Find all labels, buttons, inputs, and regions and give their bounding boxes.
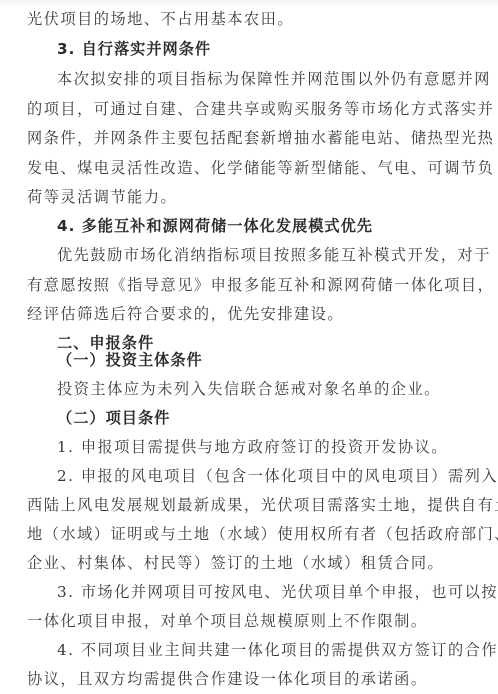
body-line: 企业、村集体、村民等）签订的土地（水域）租赁合同。 <box>27 553 478 573</box>
body-line: 发电、煤电灵活性改造、化学储能等新型储能、气电、可调节负 <box>27 158 478 178</box>
body-line: 4. 不同项目业主间共建一体化项目的需提供双方签订的合作 <box>57 640 478 660</box>
body-line: 光伏项目的场地、不占用基本农田。 <box>27 9 478 29</box>
body-line: 荷等灵活调节能力。 <box>27 187 478 207</box>
body-line: 3. 市场化并网项目可按风电、光伏项目单个申报，也可以按 <box>57 582 478 602</box>
body-line: 2. 申报的风电项目（包含一体化项目中的风电项目）需列入广 <box>57 466 478 486</box>
body-line: 的项目，可通过自建、合建共享或购买服务等市场化方式落实并 <box>27 99 478 119</box>
body-line: 本次拟安排的项目指标为保障性并网范围以外仍有意愿并网 <box>57 69 478 89</box>
body-line: 西陆上风电发展规划最新成果，光伏项目需落实土地，提供自有土 <box>27 495 478 515</box>
subsection-heading-project: （二）项目条件 <box>57 408 478 428</box>
body-line: 经评估筛选后符合要求的，优先安排建设。 <box>27 304 478 324</box>
body-line: 有意愿按照《指导意见》申报多能互补和源网荷储一体化项目， <box>27 275 478 295</box>
body-line: 协议，且双方均需提供合作建设一体化项目的承诺函。 <box>27 669 478 689</box>
document-page: 光伏项目的场地、不占用基本农田。 3. 自行落实并网条件 本次拟安排的项目指标为… <box>0 0 498 694</box>
section-heading-4: 4. 多能互补和源网荷储一体化发展模式优先 <box>57 216 478 236</box>
body-line: 一体化项目申报，对单个项目总规模原则上不作限制。 <box>27 611 478 631</box>
body-line: 地（水域）证明或与土地（水域）使用权所有者（包括政府部门、 <box>27 524 478 544</box>
subsection-heading-investor: （一）投资主体条件 <box>57 350 478 370</box>
body-line: 1. 申报项目需提供与地方政府签订的投资开发协议。 <box>57 437 478 457</box>
section-heading-3: 3. 自行落实并网条件 <box>57 39 478 59</box>
body-line: 网条件，并网条件主要包括配套新增抽水蓄能电站、储热型光热 <box>27 128 478 148</box>
body-line: 投资主体应为未列入失信联合惩戒对象名单的企业。 <box>57 379 478 399</box>
body-line: 优先鼓励市场化消纳指标项目按照多能互补模式开发，对于 <box>57 245 478 265</box>
